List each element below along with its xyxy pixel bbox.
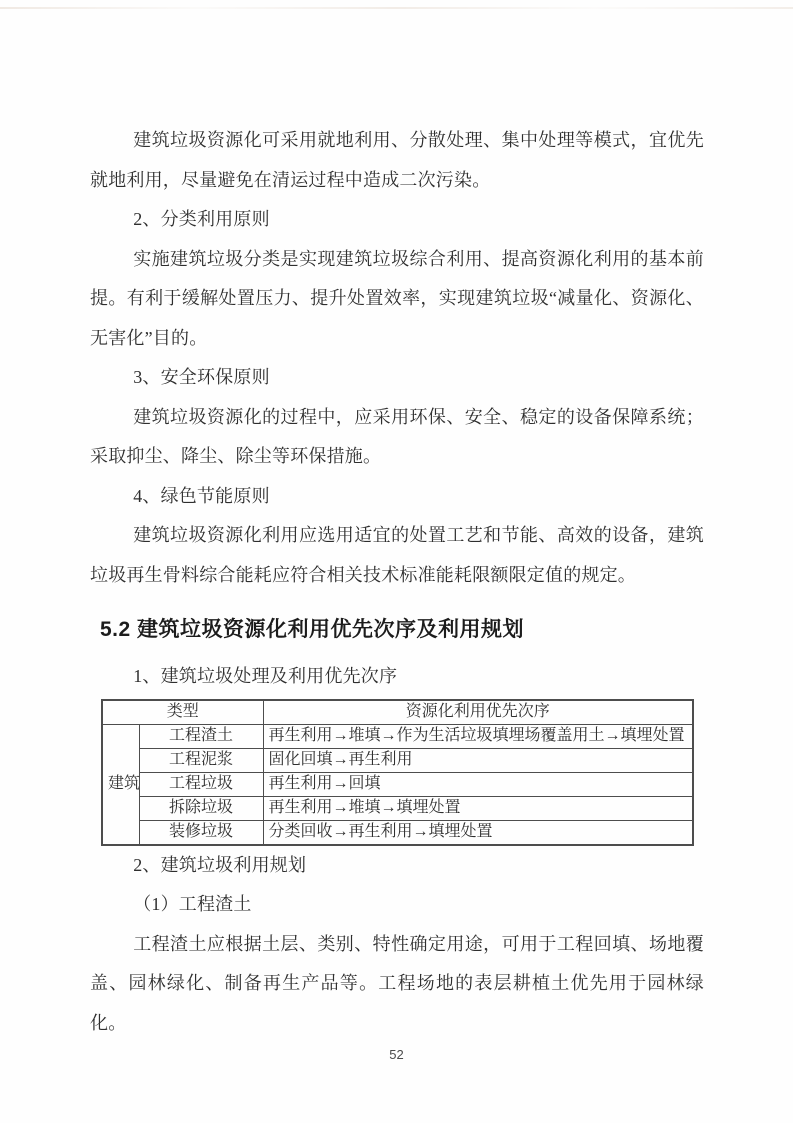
table-row: 建筑垃圾 工程渣土 再生利用→堆填→作为生活垃圾填埋场覆盖用土→填埋处置 [102, 724, 693, 748]
group-label-cell: 建筑垃圾 [102, 724, 139, 845]
type-cell: 装修垃圾 [139, 820, 263, 845]
item-safety-principle: 3、安全环保原则 [90, 358, 704, 398]
table-row: 工程垃圾 再生利用→回填 [102, 772, 693, 796]
section-heading-5-2: 5.2 建筑垃圾资源化利用优先次序及利用规划 [100, 615, 704, 645]
type-cell: 拆除垃圾 [139, 796, 263, 820]
scan-edge-artifact [0, 7, 793, 9]
priority-table: 类型 资源化利用优先次序 建筑垃圾 工程渣土 再生利用→堆填→作为生活垃圾填埋场… [101, 699, 694, 846]
priority-cell: 再生利用→堆填→作为生活垃圾填埋场覆盖用土→填埋处置 [263, 724, 693, 748]
paragraph-classification: 实施建筑垃圾分类是实现建筑垃圾综合利用、提高资源化利用的基本前提。有利于缓解处置… [90, 240, 704, 359]
type-cell: 工程垃圾 [139, 772, 263, 796]
paragraph-green-energy: 建筑垃圾资源化利用应选用适宜的处置工艺和节能、高效的设备，建筑垃圾再生骨料综合能… [90, 516, 704, 595]
item-engineering-slag: （1）工程渣土 [90, 885, 704, 925]
table-header-row: 类型 资源化利用优先次序 [102, 700, 693, 725]
page-number: 52 [0, 1047, 793, 1062]
priority-cell: 固化回填→再生利用 [263, 748, 693, 772]
page-content: 建筑垃圾资源化可采用就地利用、分散处理、集中处理等模式，宜优先就地利用，尽量避免… [90, 121, 704, 1043]
table-header-priority: 资源化利用优先次序 [263, 700, 693, 725]
table-header-type: 类型 [102, 700, 263, 725]
priority-cell: 再生利用→回填 [263, 772, 693, 796]
item-utilization-planning: 2、建筑垃圾利用规划 [90, 846, 704, 886]
table-row: 拆除垃圾 再生利用→堆填→填埋处置 [102, 796, 693, 820]
paragraph-utilization-modes: 建筑垃圾资源化可采用就地利用、分散处理、集中处理等模式，宜优先就地利用，尽量避免… [90, 121, 704, 200]
document-page: 建筑垃圾资源化可采用就地利用、分散处理、集中处理等模式，宜优先就地利用，尽量避免… [0, 0, 793, 1123]
item-green-principle: 4、绿色节能原则 [90, 477, 704, 517]
item-classification-principle: 2、分类利用原则 [90, 200, 704, 240]
priority-cell: 再生利用→堆填→填埋处置 [263, 796, 693, 820]
type-cell: 工程渣土 [139, 724, 263, 748]
paragraph-engineering-slag: 工程渣土应根据土层、类别、特性确定用途，可用于工程回填、场地覆盖、园林绿化、制备… [90, 925, 704, 1044]
table-row: 工程泥浆 固化回填→再生利用 [102, 748, 693, 772]
paragraph-safety: 建筑垃圾资源化的过程中，应采用环保、安全、稳定的设备保障系统；采取抑尘、降尘、除… [90, 398, 704, 477]
table-row: 装修垃圾 分类回收→再生利用→填埋处置 [102, 820, 693, 845]
type-cell: 工程泥浆 [139, 748, 263, 772]
priority-cell: 分类回收→再生利用→填埋处置 [263, 820, 693, 845]
item-priority-order: 1、建筑垃圾处理及利用优先次序 [90, 657, 704, 697]
